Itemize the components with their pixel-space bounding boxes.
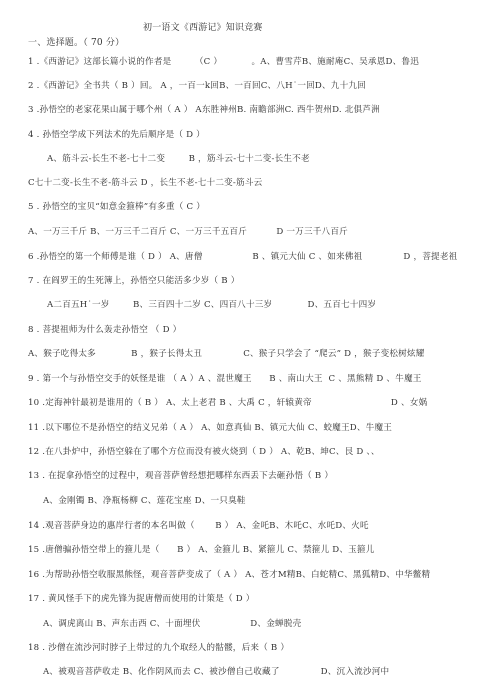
question-1: 1 .《西游记》这部长篇小说的作者是 （C ） 。A、曹雪芹B、施耐庵C、吴承恩… xyxy=(28,57,419,68)
question-8-options: A、猴子吃得太多 B ，猴子长得太丑 C、猴子只学会了 “爬云” D ，猴子变松… xyxy=(28,349,425,360)
question-17: 17 . 黄风怪手下的虎先锋为捉唐僧而使用的计策是（ D ） xyxy=(28,594,255,605)
question-7-options: A二百五H˙一岁 B、三百四十二岁 C、四百八十三岁 D、五百七十四岁 xyxy=(47,300,376,311)
question-8: 8 . 菩提祖师为什么轰走孙悟空 （ D ） xyxy=(28,325,181,336)
section-heading: 一、选择题。（ 70 分） xyxy=(28,38,124,49)
document-title: 初一语文《西游记》知识竞赛 xyxy=(143,23,263,34)
question-5-options: A、一万三千斤 B、一万三千二百斤 C、一万三千五百斤 D 一万三千八百斤 xyxy=(28,227,348,238)
question-18: 18 . 沙僧在流沙河时脖子上带过的九个取经人的骷髅，后来（ B ） xyxy=(28,643,289,654)
question-13-options: A、金刚镯 B、净瓶杨柳 C、莲花宝座 D、一只臭鞋 xyxy=(43,496,246,507)
question-2: 2 .《西游记》全书共（ B ）回。 A ，一百一k回B、一百回C、八H˙一回D… xyxy=(28,81,366,92)
question-11: 11 .以下哪位不是孙悟空的结义兄弟（ A ） A、如意真仙 B、镇元大仙 C、… xyxy=(28,423,392,434)
question-4: 4 . 孙悟空学成下列法术的先后顺序是（ D ） xyxy=(28,130,205,141)
question-5: 5 . 孙悟空的宝贝“如意金箍棒”有多重（ C ） xyxy=(28,202,205,213)
question-9: 9 . 第一个与孙悟空交手的妖怪是谁 （ A ）A 、混世魔王 B 、南山大王 … xyxy=(28,374,422,385)
question-15: 15 .唐僧骗孙悟空带上的箍儿是（ B ） A、金箍儿 B、紧箍儿 C、禁箍儿 … xyxy=(28,545,375,556)
question-4-options-cd: C七十二变-长生不老-筋斗云 D ，长生不老-七十二变-筋斗云 xyxy=(28,178,262,189)
question-10: 10 .定海神针最初是谁用的（ B ） A、太上老君 B 、大禹 C ，轩辕黄帝… xyxy=(28,398,427,409)
question-18-options: A、被观音菩萨收走 B、化作阴风而去 C、被沙僧自己收藏了 D、沉入流沙河中 xyxy=(43,667,389,678)
question-17-options: A、调虎离山 B、声东击西 C、十面埋伏 D、金蝉脱壳 xyxy=(43,619,301,630)
question-12: 12 .在八卦炉中，孙悟空躲在了哪个方位而没有被火烧到（ D ） A、乾B、坤C… xyxy=(28,447,380,458)
question-6: 6 .孙悟空的第一个师傅是谁（ D ） A、唐僧 B 、镇元大仙 C 、如来佛祖… xyxy=(28,252,457,263)
question-14: 14 .观音菩萨身边的惠岸行者的本名叫做（ B ） A、金吒B、木吒C、水吒D、… xyxy=(28,521,369,532)
question-7: 7 . 在阎罗王的生死簿上，孙悟空只能活多少岁（ B ） xyxy=(28,276,240,287)
question-4-options-ab: A、筋斗云-长生不老-七十二变 B ，筋斗云-七十二变-长生不老 xyxy=(47,154,310,165)
question-3: 3 .孙悟空的老家花果山属于哪个州（ A ） A东胜神州B. 南瞻部洲C. 西牛… xyxy=(28,105,380,116)
question-13: 13 . 在捉拿孙悟空的过程中，观音菩萨曾经想把哪样东西丢下去砸孙悟（ B ） xyxy=(28,471,333,482)
question-16: 16 .为帮助孙悟空收服黑熊怪，观音菩萨变成了（ A ） A、苍才M精B、白蛇精… xyxy=(28,570,430,581)
